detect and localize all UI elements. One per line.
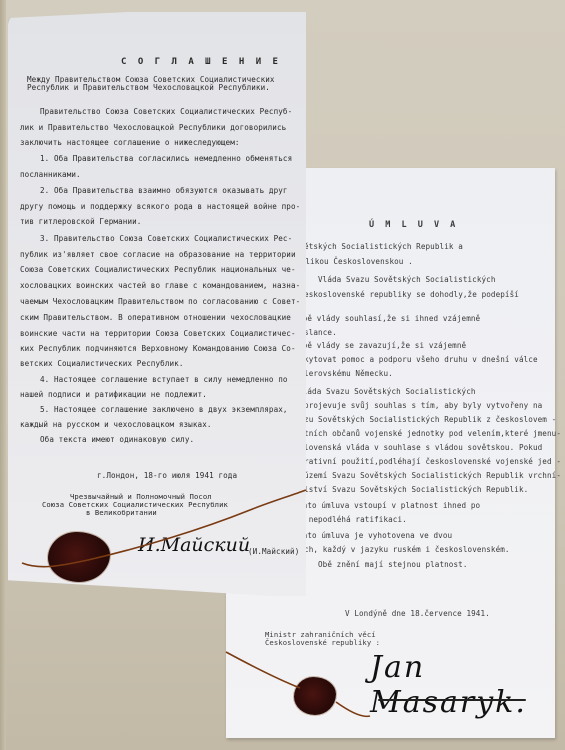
russian-signatory-title-line: в Великобритании (86, 509, 157, 517)
russian-body-line: 2. Оба Правительства взаимно обязуются о… (40, 186, 288, 195)
russian-body-line: ветских Социалистических Республик. (20, 359, 184, 368)
russian-document-page: С О Г Л А Ш Е Н И Е Между Правительством… (8, 12, 306, 596)
russian-body-line: Правительство Союза Советских Социалисти… (40, 107, 292, 116)
czech-body-line: jde o operativní použití,podléhají česko… (262, 457, 561, 466)
russian-body-line: каждый на русском и чехословацком языках… (20, 420, 212, 429)
background-edge (0, 0, 6, 750)
czech-body-line: 2. Obě vlády se zavazují,že si vzájemně (284, 341, 466, 350)
russian-subtitle-line: Республик и Правительством Чехословацкой… (27, 83, 270, 92)
russian-title: С О Г Л А Ш Е Н И Е (121, 58, 281, 67)
masaryk-signature: Jan Masaryk. (370, 650, 555, 720)
russian-body-line: 5. Настоящее соглашение заключено в двух… (40, 405, 288, 414)
russian-body-line: Союза Советских Социалистических Республ… (20, 265, 296, 274)
czech-place-date: V Londýně dne 18.července 1941. (345, 609, 490, 618)
czech-body-line: Vláda Svazu Sovětských Socialistických (318, 275, 496, 284)
russian-body-line: другу помощь и поддержку всякого рода в … (20, 202, 300, 211)
russian-body-line: лик и Правительство Чехословацкой Респуб… (20, 123, 286, 132)
russian-signatory-name: (И.Майский) (248, 547, 299, 556)
russian-body-line: 3. Правительство Союза Советских Социали… (40, 234, 292, 243)
czech-body-line: 5. Tato úmluva je vyhotovena ve dvou (284, 531, 452, 540)
czech-title: Ú M L U V A (369, 221, 458, 230)
russian-body-line: чаемым Чехословацким Правительством по с… (20, 297, 300, 306)
russian-body-line: хословацких воинских частей во главе с к… (20, 281, 300, 290)
russian-body-line: 1. Оба Правительства согласились немедле… (40, 154, 292, 163)
czech-body-line: ských státních občanů vojenské jednotky … (262, 429, 561, 438)
czech-body-line: 4. Tato úmluva vstoupí v platnost ihned … (284, 501, 480, 510)
wax-seal-russian (48, 532, 110, 582)
czech-body-line: území Svazu Sovětských Socialistických R… (262, 415, 556, 424)
czech-body-line: Obě znění mají stejnou platnost. (318, 560, 468, 569)
russian-body-line: воинские части на территории Союза Совет… (20, 329, 296, 338)
signature-underline (378, 699, 526, 701)
russian-body-line: тив гитлеровской Германии. (20, 217, 141, 226)
russian-body-line: ких Республик подчиняются Верховному Ком… (20, 344, 296, 353)
maisky-signature: И.Майский (138, 534, 250, 556)
czech-body-line: 1. Obě vlády souhlasí,že si ihned vzájem… (284, 314, 480, 323)
czech-body-line: 3. Vláda Svazu Sovětských Socialistickýc… (284, 387, 476, 396)
russian-body-line: заключить настоящее соглашение о нижесле… (20, 138, 240, 147)
wax-seal-czech (294, 677, 336, 715)
czech-body-line: notky na území Svazu Sovětských Socialis… (262, 471, 561, 480)
russian-place-date: г.Лондон, 18-го июля 1941 года (97, 471, 237, 480)
russian-body-line: нашей подписи и ратификации не подлежит. (20, 390, 207, 399)
russian-body-line: Оба текста имеют одинаковую силу. (40, 435, 194, 444)
russian-body-line: публик из'являет свое согласие на образо… (20, 250, 296, 259)
russian-body-line: посланниками. (20, 170, 81, 179)
russian-body-line: ским Правительством. В оперативном отнош… (20, 313, 291, 322)
russian-body-line: 4. Настоящее соглашение вступает в силу … (40, 375, 288, 384)
czech-signatory-title-line: Československé republiky : (265, 639, 380, 647)
